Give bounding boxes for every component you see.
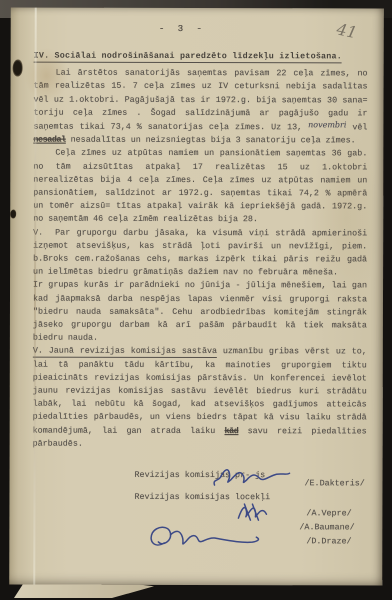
signature-member-3 xyxy=(144,523,266,555)
handwritten-folio-number: 41 xyxy=(336,22,359,39)
typed-name-member-1: /A.Vepre/ xyxy=(306,507,351,520)
struck-text: nesadal xyxy=(33,135,65,145)
handwritten-insertion: novembri xyxy=(308,120,346,129)
signature-chair xyxy=(210,463,292,491)
signature-member-1 xyxy=(234,501,270,523)
paragraph-sanatorium-vouchers: Lai ārstētos sanatorijās saņemtas pavisa… xyxy=(33,67,367,148)
signature-block: Revizijas komisijas pr- js /E.Dakteris/ … xyxy=(32,467,366,568)
typed-name-member-3: /D.Draze/ xyxy=(306,535,351,548)
paragraph-text: vēl xyxy=(346,122,367,132)
page-number: - 3 - xyxy=(159,23,206,36)
paragraph-text: nesadalītas un neizsniegtas bija 3 sanat… xyxy=(66,135,356,146)
paragraph-rest-home-vouchers: Ceļa zīmes uz atpūtas namiem un pansionā… xyxy=(33,147,367,227)
paragraph-debtor-groups: Ir grupas kurās ir parādnieki no jūnija … xyxy=(33,279,367,346)
section-heading-text: IV. Sociālai nodrošināšanai paredzēto lī… xyxy=(34,51,342,64)
paragraph-group-organizers: V. Par gruporgu darbu jāsaka, ka visumā … xyxy=(33,226,367,280)
paragraph-text: uzmanību gribas vērst uz to, lai tā panā… xyxy=(33,347,367,436)
struck-text: kād xyxy=(225,426,239,436)
paragraph-new-commission: V. Jaunā revizijas komisijas sastāva uzm… xyxy=(33,345,367,451)
paper-hole xyxy=(13,60,23,77)
document-page: - 3 - 41 IV. Sociālai nodrošināšanai par… xyxy=(9,8,384,586)
typed-name-chair: /E.Dakteris/ xyxy=(304,477,364,490)
paper-speck xyxy=(10,210,16,219)
paragraph-text: Par gruporgu darbu jāsaka, ka visumā viņ… xyxy=(33,226,367,280)
underlined-lead-text: V. Jaunā revizijas komisijas sastāva xyxy=(33,346,217,358)
typed-name-member-2: /A.Baumane/ xyxy=(299,521,354,534)
margin-marker: V. xyxy=(33,226,43,239)
typed-content: IV. Sociālai nodrošināšanai paredzēto lī… xyxy=(9,8,383,568)
section-heading: IV. Sociālai nodrošināšanai paredzēto lī… xyxy=(34,50,368,64)
